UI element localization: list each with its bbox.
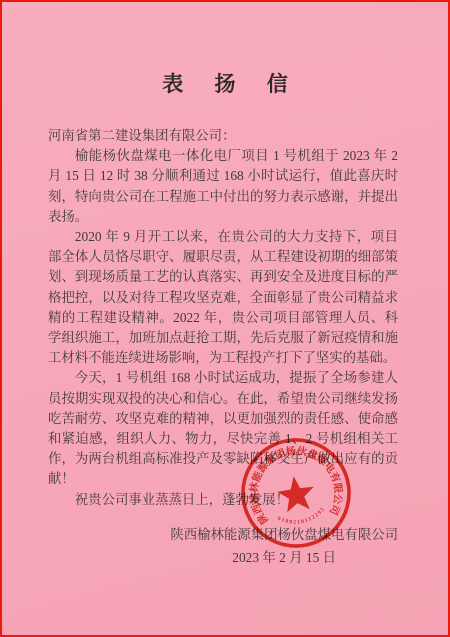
- body-paragraph-2: 2020 年 9 月开工以来，在贵公司的大力支持下，项目部全体人员恪尽职守、履职…: [48, 227, 398, 368]
- salutation: 河南省第二建设集团有限公司：: [48, 126, 398, 146]
- body-paragraph-1: 榆能杨伙盘煤电一体化电厂项目 1 号机组于 2023 年 2 月 15 日 12…: [48, 146, 398, 227]
- scanned-letter-photo: 表 扬 信 河南省第二建设集团有限公司： 榆能杨伙盘煤电一体化电厂项目 1 号机…: [0, 0, 450, 637]
- letter-body: 河南省第二建设集团有限公司： 榆能杨伙盘煤电一体化电厂项目 1 号机组于 202…: [48, 126, 398, 510]
- closing-wish: 祝贵公司事业蒸蒸日上，蓬勃发展！: [48, 490, 398, 510]
- commendation-letter-page: 表 扬 信 河南省第二建设集团有限公司： 榆能杨伙盘煤电一体化电厂项目 1 号机…: [0, 0, 450, 637]
- signature-company: 陕西榆林能源集团杨伙盘煤电有限公司: [170, 523, 398, 546]
- signature-date: 2023 年 2 月 15 日: [170, 546, 398, 569]
- body-paragraph-3: 今天，1 号机组 168 小时试运成功，提振了全场参建人员按期实现双投的决心和信…: [48, 368, 398, 489]
- signature-block: 陕西榆林能源集团杨伙盘煤电有限公司 2023 年 2 月 15 日: [170, 523, 398, 569]
- page-title: 表 扬 信: [2, 68, 448, 98]
